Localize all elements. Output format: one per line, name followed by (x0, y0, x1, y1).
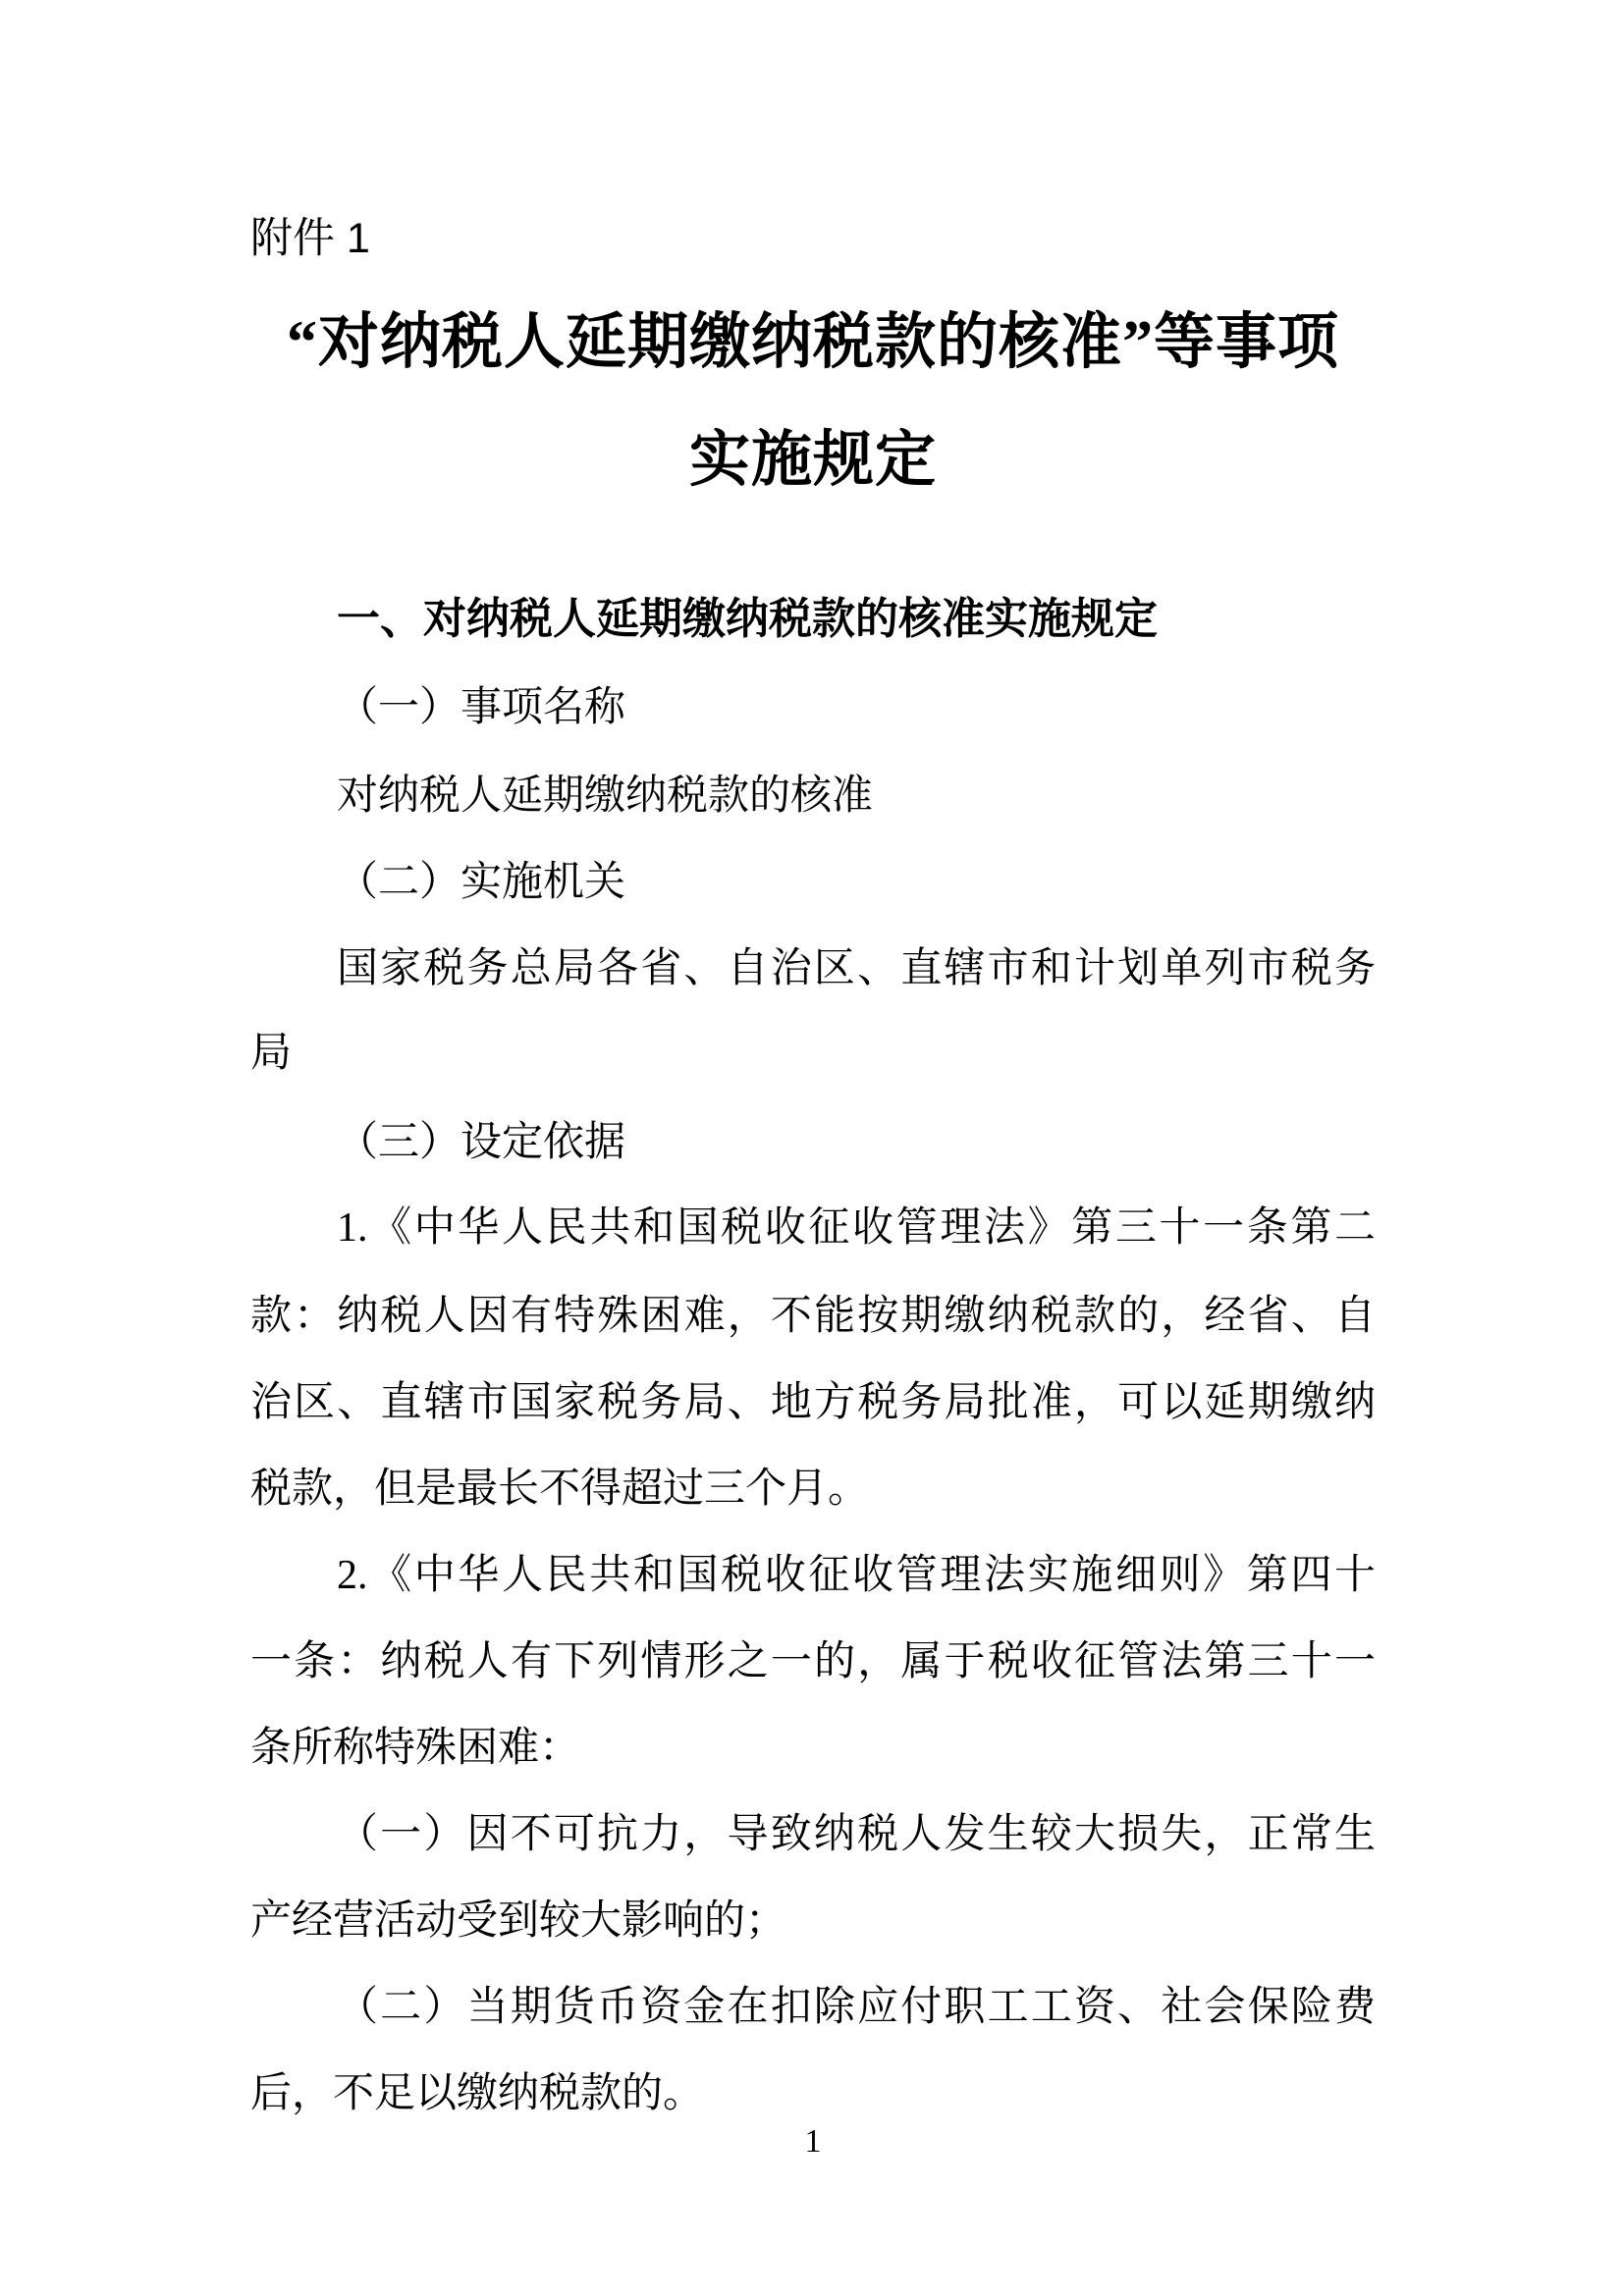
body-line-case1-1: （一）因不可抗力，导致纳税人发生较大损失，正常生 (250, 1804, 1376, 1865)
page-number: 1 (250, 2120, 1376, 2163)
body-line-basis2-1: 2.《中华人民共和国税收征收管理法实施细则》第四十 (250, 1545, 1376, 1606)
body-line-case2-1: （二）当期货币资金在扣除应付职工工资、社会保险费 (250, 1977, 1376, 2038)
body-line-basis1-3: 治区、直辖市国家税务局、地方税务局批准，可以延期缴纳 (250, 1372, 1376, 1433)
document-page: 附件 1 “对纳税人延期缴纳税款的核准”等事项 实施规定 一、对纳税人延期缴纳税… (0, 0, 1624, 2296)
body-line-agency-2: 局 (250, 1023, 1376, 1084)
body-line-item-name-heading: （一）事项名称 (250, 677, 1376, 738)
body-line-case2-2: 后，不足以缴纳税款的。 (250, 2063, 1376, 2124)
body-line-item-name: 对纳税人延期缴纳税款的核准 (250, 766, 1376, 827)
body-line-agency-1: 国家税务总局各省、自治区、直辖市和计划单列市税务 (250, 938, 1376, 999)
document-title-line2: 实施规定 (250, 414, 1376, 507)
body-line-case1-2: 产经营活动受到较大影响的； (250, 1891, 1376, 1951)
body-line-basis1-2: 款：纳税人因有特殊困难，不能按期缴纳税款的，经省、自 (250, 1286, 1376, 1347)
body-line-basis1-4: 税款，但是最长不得超过三个月。 (250, 1459, 1376, 1520)
document-title-line1: “对纳税人延期缴纳税款的核准”等事项 (250, 296, 1376, 389)
section-heading: 一、对纳税人延期缴纳税款的核准实施规定 (250, 589, 1376, 650)
body-line-basis-heading: （三）设定依据 (250, 1112, 1376, 1173)
body-line-basis2-2: 一条：纳税人有下列情形之一的，属于税收征管法第三十一 (250, 1631, 1376, 1692)
body-line-basis1-1: 1.《中华人民共和国税收征收管理法》第三十一条第二 (250, 1198, 1376, 1258)
body-line-agency-heading: （二）实施机关 (250, 852, 1376, 913)
attachment-label: 附件 1 (250, 208, 370, 269)
body-line-basis2-3: 条所称特殊困难： (250, 1718, 1376, 1779)
